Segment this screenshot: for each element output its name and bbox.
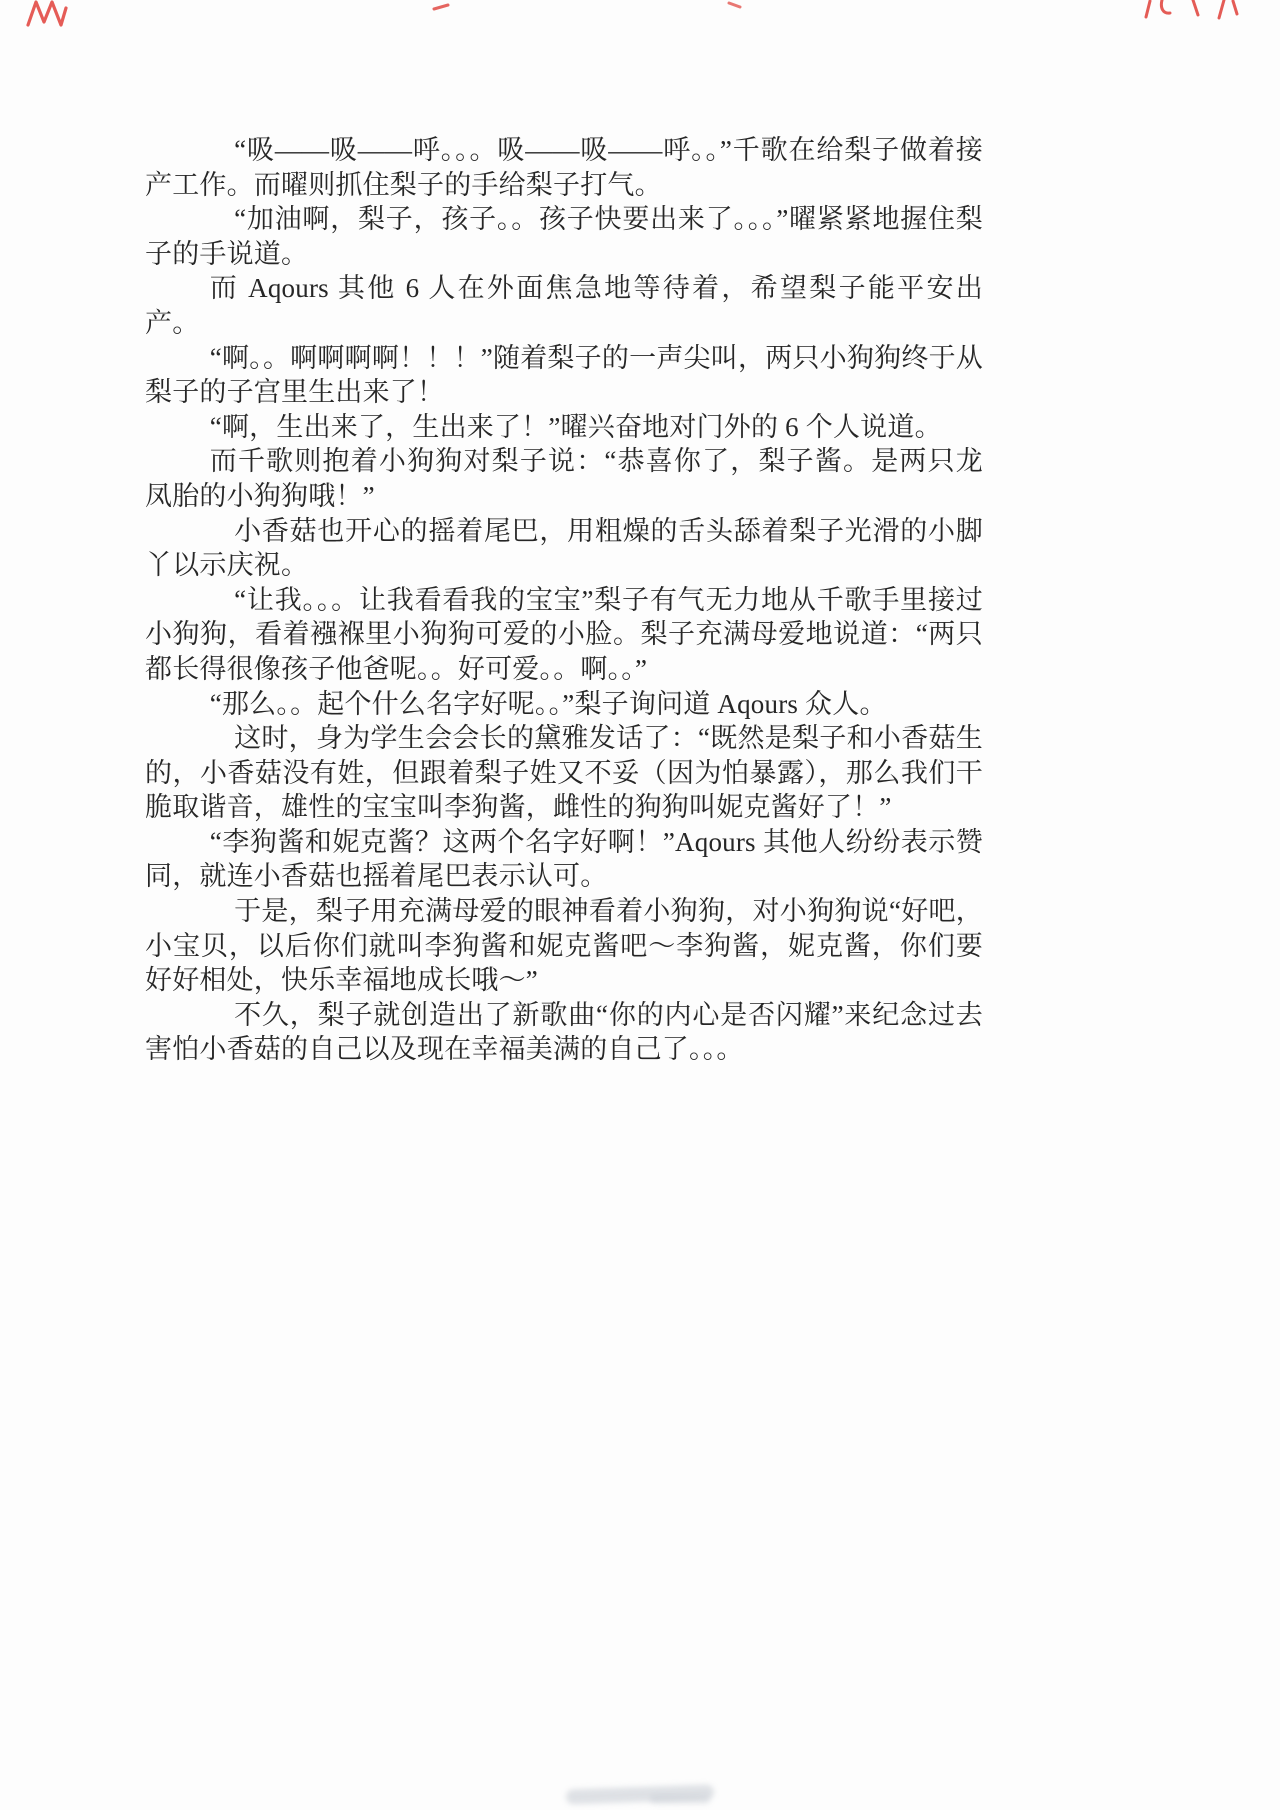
paragraph: “啊，生出来了，生出来了！”曜兴奋地对门外的 6 个人说道。 (145, 410, 983, 445)
red-scribble-top-left-icon (28, 2, 66, 25)
paragraph: “加油啊，梨子，孩子。。孩子快要出来了。。。”曜紧紧地握住梨子的手说道。 (145, 202, 983, 271)
red-dash-top-center-icon (434, 5, 448, 9)
paragraph: “让我。。。让我看看我的宝宝”梨子有气无力地从千歌手里接过小狗狗，看着襁褓里小狗… (145, 583, 983, 687)
paragraph: 小香菇也开心的摇着尾巴，用粗燥的舌头舔着梨子光滑的小脚丫以示庆祝。 (145, 514, 983, 583)
paragraph: “那么。。起个什么名字好呢。。”梨子询问道 Aqours 众人。 (145, 687, 983, 722)
red-pen-marks (0, 0, 1280, 40)
document-page: “吸——吸——呼。。。吸——吸——呼。。”千歌在给梨子做着接产工作。而曜则抓住梨… (0, 0, 1280, 1810)
story-text: “吸——吸——呼。。。吸——吸——呼。。”千歌在给梨子做着接产工作。而曜则抓住梨… (145, 133, 983, 1067)
paragraph: 而千歌则抱着小狗狗对梨子说：“恭喜你了，梨子酱。是两只龙凤胎的小狗狗哦！” (145, 444, 983, 513)
paragraph: “啊。。啊啊啊啊！！！”随着梨子的一声尖叫，两只小狗狗终于从梨子的子宫里生出来了… (145, 341, 983, 410)
paragraph: 这时，身为学生会会长的黛雅发话了：“既然是梨子和小香菇生的，小香菇没有姓，但跟着… (145, 721, 983, 825)
bottom-gray-smudge-small (650, 1795, 710, 1804)
paragraph: 于是，梨子用充满母爱的眼神看着小狗狗，对小狗狗说“好吧，小宝贝，以后你们就叫李狗… (145, 894, 983, 998)
red-dot-top-center-icon (729, 3, 740, 7)
paragraph: 不久，梨子就创造出了新歌曲“你的内心是否闪耀”来纪念过去害怕小香菇的自己以及现在… (145, 998, 983, 1067)
paragraph: 而 Aqours 其他 6 人在外面焦急地等待着，希望梨子能平安出产。 (145, 271, 983, 340)
red-strokes-top-right-icon (1146, 0, 1237, 18)
paragraph: “李狗酱和妮克酱？这两个名字好啊！”Aqours 其他人纷纷表示赞同，就连小香菇… (145, 825, 983, 894)
paragraph: “吸——吸——呼。。。吸——吸——呼。。”千歌在给梨子做着接产工作。而曜则抓住梨… (145, 133, 983, 202)
